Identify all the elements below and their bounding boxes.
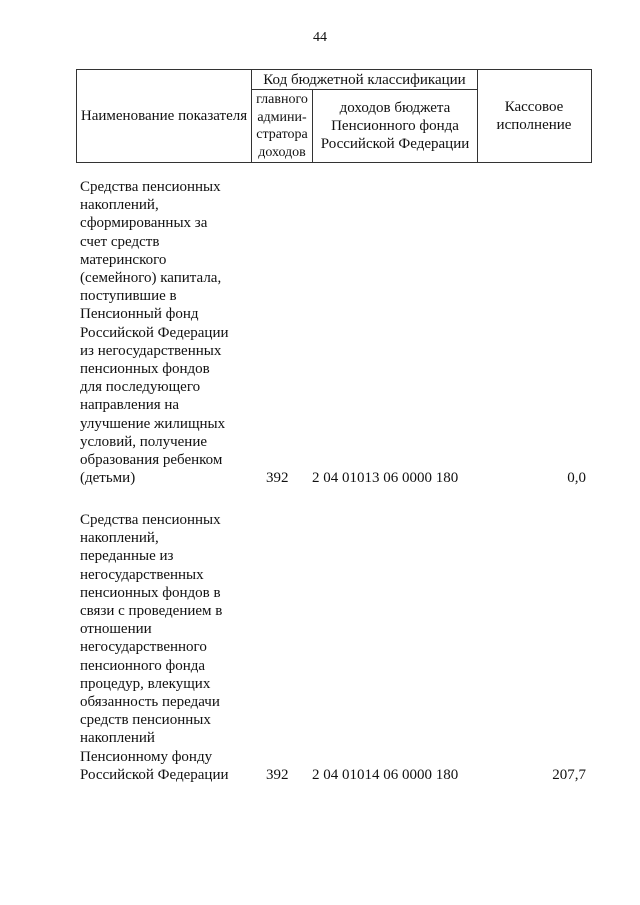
row-indicator-name: Средства пенсионных накоплений, сформиро…	[80, 178, 250, 487]
row-admin-code: 392	[266, 469, 289, 487]
row-budget-code: 2 04 01014 06 0000 180	[312, 766, 458, 784]
header-fund-income: доходов бюджета Пенсионного фонда Россий…	[313, 90, 478, 162]
page-number: 44	[0, 30, 640, 46]
table-row: Средства пенсионных накоплений, сформиро…	[80, 178, 592, 487]
row-admin-code: 392	[266, 766, 289, 784]
header-budget-classification-code: Код бюджетной классификации	[252, 70, 478, 90]
header-cash-execution: Кассовое исполнение	[478, 70, 590, 162]
row-cash-execution: 207,7	[552, 766, 586, 784]
row-indicator-name: Средства пенсионных накоплений, переданн…	[80, 511, 250, 784]
row-cash-execution: 0,0	[567, 469, 586, 487]
header-indicator-name: Наименование показателя	[77, 70, 252, 162]
table-header: Наименование показателя Код бюджетной кл…	[76, 69, 592, 163]
table-row: Средства пенсионных накоплений, переданн…	[80, 511, 592, 784]
row-budget-code: 2 04 01013 06 0000 180	[312, 469, 458, 487]
header-chief-administrator: главного админи-стратора доходов	[252, 90, 313, 162]
